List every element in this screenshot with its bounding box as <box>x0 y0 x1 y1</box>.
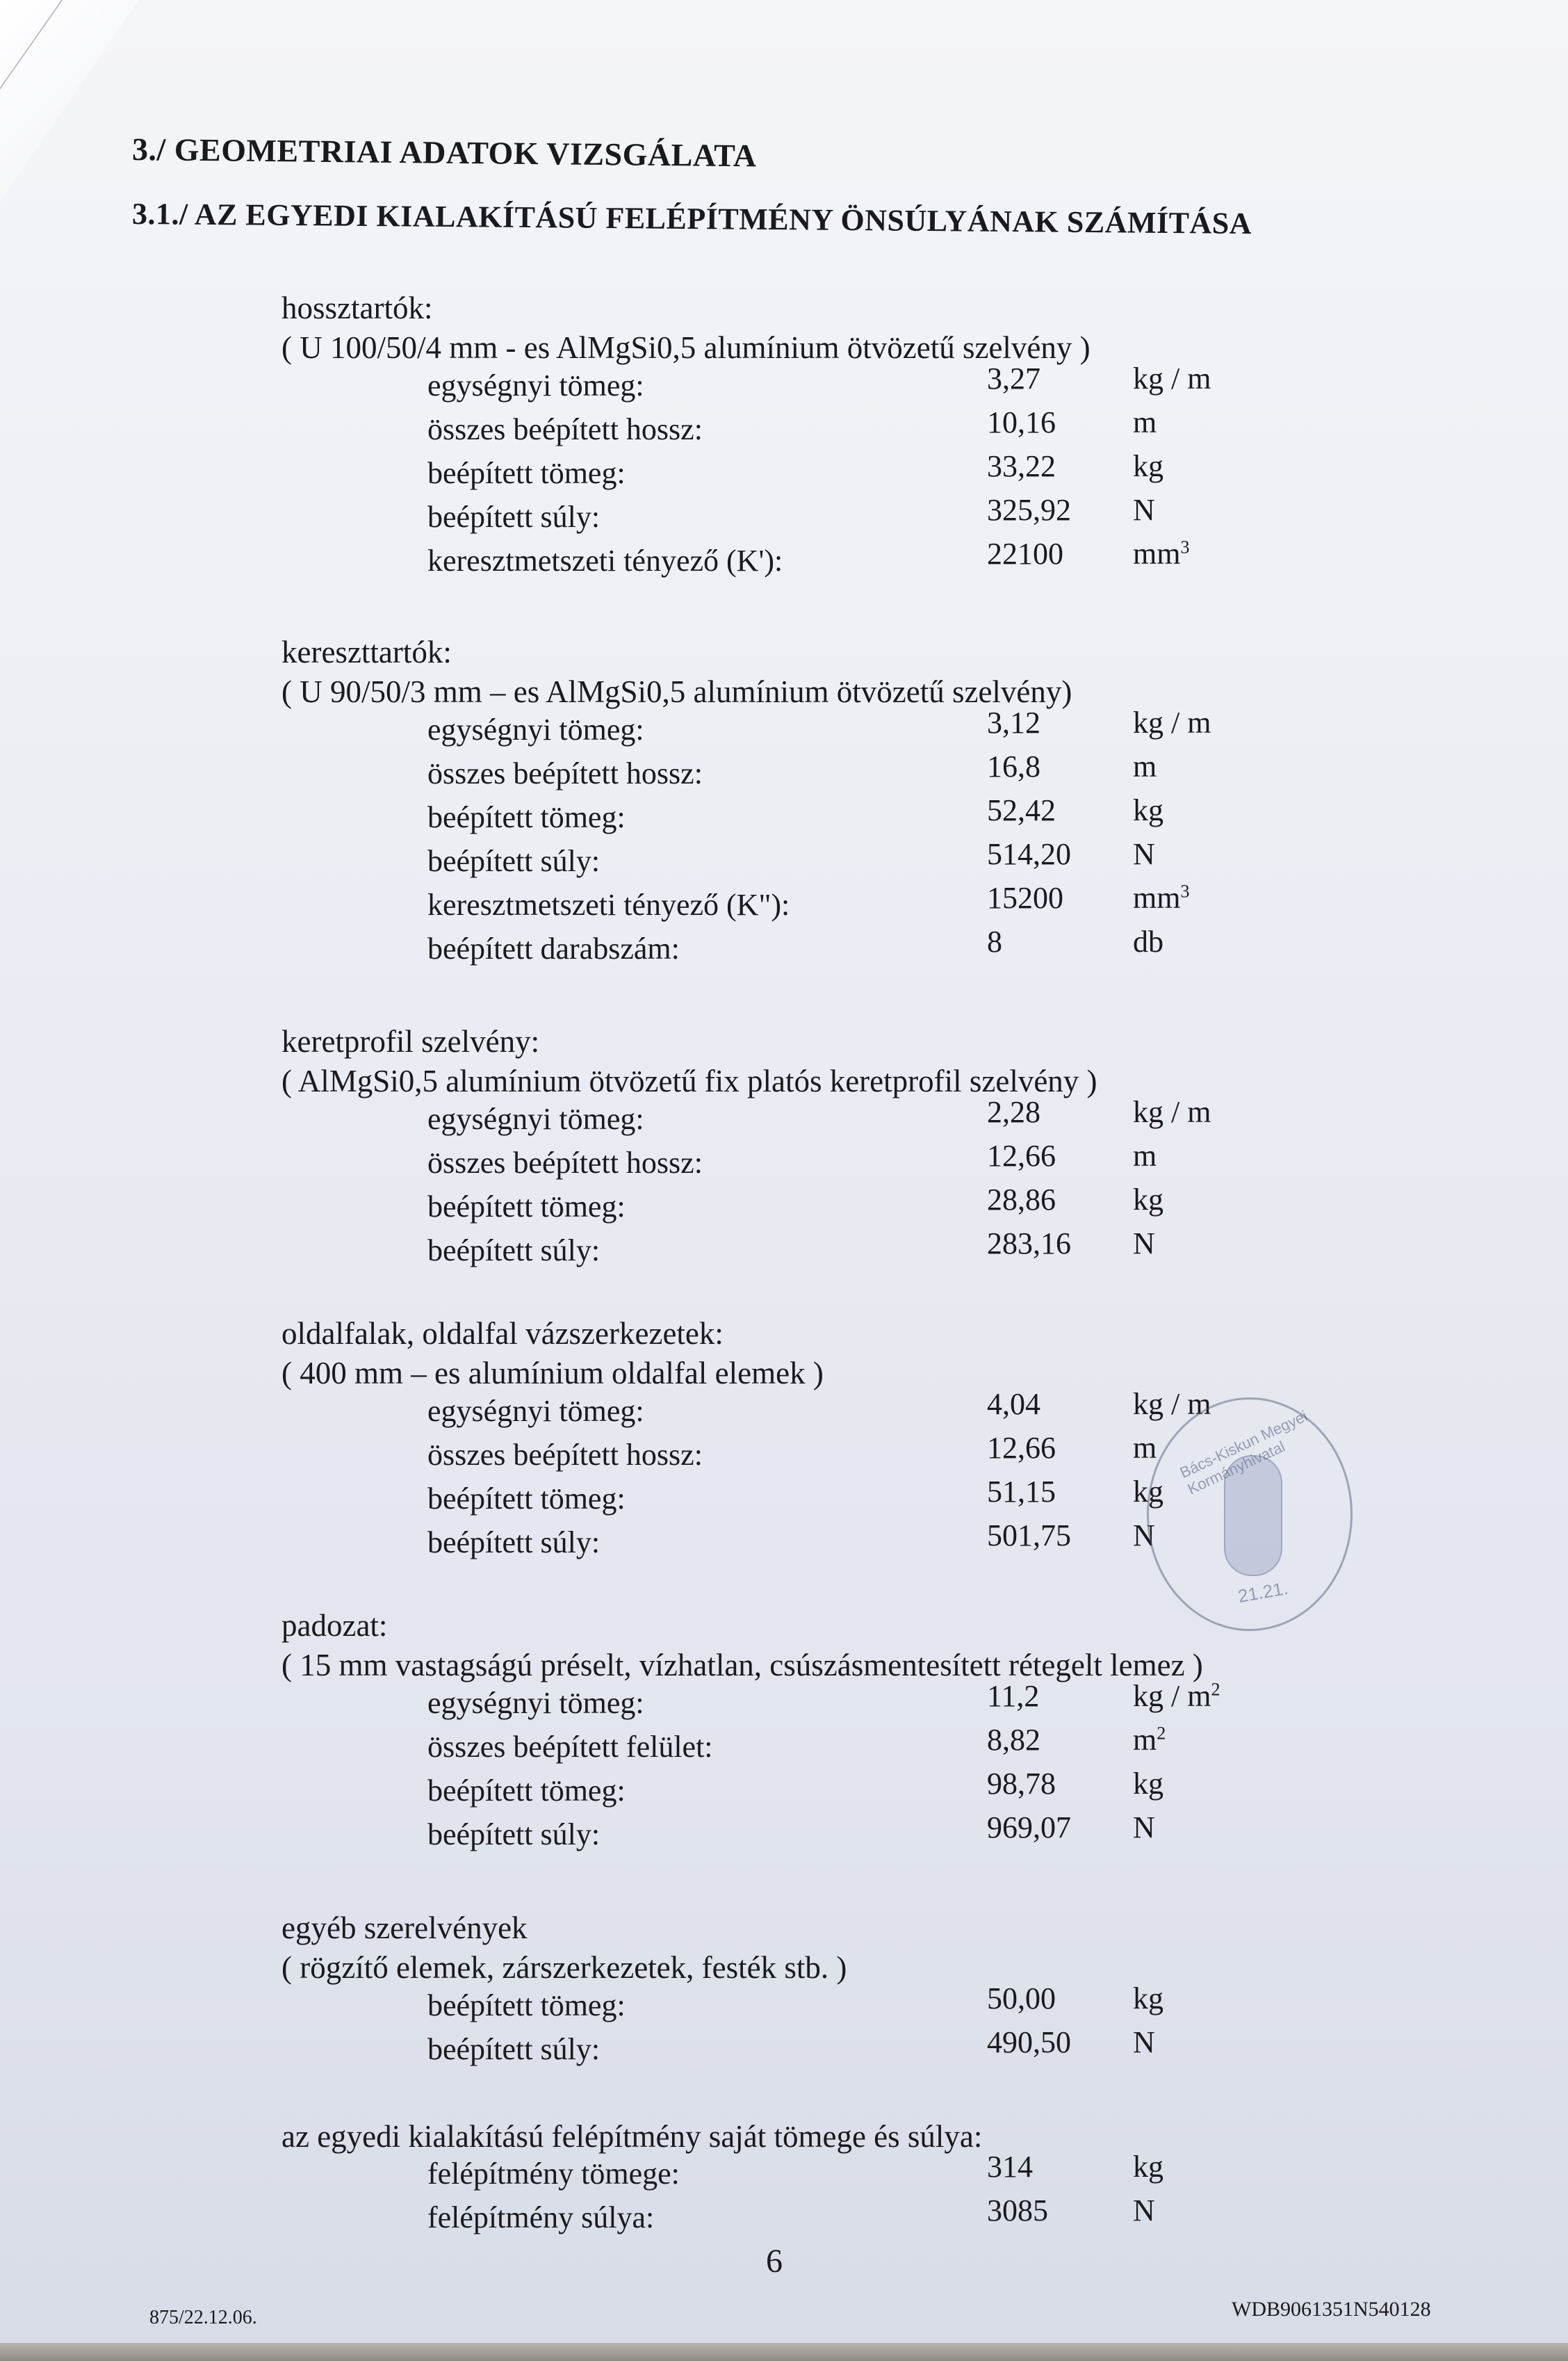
property-label: beépített tömeg: <box>427 1988 626 2023</box>
property-row: beépített súly: 283,16 N <box>281 1233 1324 1276</box>
property-unit: db <box>1133 924 1163 959</box>
property-label: beépített tömeg: <box>427 455 626 491</box>
property-value: 325,92 <box>987 492 1071 528</box>
property-label: felépítmény tömege: <box>427 2156 680 2191</box>
material-section: keretprofil szelvény:( AlMgSi0,5 alumíni… <box>281 1022 1324 1276</box>
property-label: összes beépített hossz: <box>427 1437 703 1472</box>
property-value: 8 <box>987 924 1002 959</box>
section-title: egyéb szerelvények <box>281 1908 1324 1947</box>
stamp-date: 21.21. <box>1236 1577 1290 1607</box>
property-label: beépített súly: <box>427 1817 600 1852</box>
property-value: 12,66 <box>987 1138 1056 1174</box>
unit-text: kg <box>1133 2150 1163 2184</box>
property-label: beépített tömeg: <box>427 1189 626 1224</box>
table-surface <box>0 2343 1568 2361</box>
footer-vin: WDB9061351N540128 <box>1232 2298 1431 2321</box>
section-description: ( rögzítő elemek, zárszerkezetek, festék… <box>281 1947 1324 1988</box>
property-row: beépített tömeg: 98,78 kg <box>281 1773 1324 1817</box>
property-label: összes beépített hossz: <box>427 756 703 791</box>
property-row: összes beépített hossz: 16,8 m <box>281 756 1324 800</box>
unit-text: N <box>1133 2193 1155 2228</box>
property-label: felépítmény súlya: <box>427 2200 654 2235</box>
section-title: kereszttartók: <box>281 633 1324 672</box>
property-row: beépített tömeg: 52,42 kg <box>281 800 1324 843</box>
property-value: 51,15 <box>987 1474 1056 1509</box>
section-title: oldalfalak, oldalfal vázszerkezetek: <box>281 1314 1324 1353</box>
property-value: 10,16 <box>987 405 1056 440</box>
property-unit: N <box>1133 2193 1155 2228</box>
property-row: felépítmény súlya: 3085 N <box>281 2200 1324 2244</box>
property-value: 28,86 <box>987 1182 1056 1217</box>
unit-text: kg <box>1133 1767 1163 1801</box>
property-label: egységnyi tömeg: <box>427 1685 644 1721</box>
unit-text: m <box>1133 1723 1157 1757</box>
chapter-heading: 3./ GEOMETRIAI ADATOK VIZSGÁLATA <box>132 131 757 174</box>
property-unit: m <box>1133 405 1157 440</box>
property-unit: N <box>1133 836 1155 872</box>
property-value: 4,04 <box>987 1386 1040 1422</box>
property-value: 22100 <box>987 536 1063 571</box>
unit-text: kg <box>1133 1981 1163 2015</box>
property-row: egységnyi tömeg: 2,28 kg / m <box>281 1101 1324 1145</box>
material-section: egyéb szerelvények( rögzítő elemek, zárs… <box>281 1908 1324 2075</box>
section-title: az egyedi kialakítású felépítmény saját … <box>281 2117 1324 2156</box>
material-section: az egyedi kialakítású felépítmény saját … <box>281 2117 1324 2244</box>
property-row: beépített tömeg: 33,22 kg <box>281 455 1324 499</box>
property-unit: kg <box>1133 1981 1163 2016</box>
unit-text: kg / m <box>1133 362 1211 396</box>
coat-of-arms-icon <box>1224 1455 1282 1576</box>
material-section: kereszttartók:( U 90/50/3 mm – es AlMgSi… <box>281 633 1324 975</box>
section-title: padozat: <box>281 1606 1324 1645</box>
unit-text: kg / m <box>1133 1679 1211 1713</box>
unit-text: mm <box>1133 881 1180 915</box>
property-unit: m <box>1133 1430 1157 1466</box>
property-value: 314 <box>987 2149 1033 2184</box>
property-label: összes beépített hossz: <box>427 412 703 447</box>
unit-text: kg <box>1133 449 1163 483</box>
property-value: 514,20 <box>987 836 1071 872</box>
property-unit: kg <box>1133 2149 1163 2184</box>
material-section: hossztartók:( U 100/50/4 mm - es AlMgSi0… <box>281 289 1324 587</box>
footer-reference: 875/22.12.06. <box>149 2307 257 2329</box>
property-row: összes beépített felület: 8,82 m2 <box>281 1729 1324 1773</box>
property-row: beépített súly: 490,50 N <box>281 2031 1324 2075</box>
property-label: beépített tömeg: <box>427 1481 626 1516</box>
property-label: beépített tömeg: <box>427 1773 626 1808</box>
property-row: keresztmetszeti tényező (K'): 22100 mm3 <box>281 543 1324 587</box>
property-value: 2,28 <box>987 1094 1040 1130</box>
property-row: összes beépített hossz: 12,66 m <box>281 1145 1324 1189</box>
property-label: összes beépített felület: <box>427 1729 713 1764</box>
property-unit: kg / m <box>1133 1094 1211 1130</box>
property-value: 50,00 <box>987 1981 1056 2016</box>
property-unit: N <box>1133 1810 1155 1845</box>
property-label: keresztmetszeti tényező (K'): <box>427 543 783 578</box>
unit-text: m <box>1133 405 1157 439</box>
property-row: beépített tömeg: 28,86 kg <box>281 1189 1324 1233</box>
property-label: egységnyi tömeg: <box>427 1393 644 1429</box>
property-unit: N <box>1133 2025 1155 2060</box>
property-unit: kg <box>1133 793 1163 828</box>
property-value: 3085 <box>987 2193 1048 2228</box>
property-unit: kg / m <box>1133 705 1211 740</box>
property-row: egységnyi tömeg: 11,2 kg / m2 <box>281 1685 1324 1729</box>
property-label: egységnyi tömeg: <box>427 712 644 747</box>
property-label: beépített súly: <box>427 1525 600 1560</box>
document-page: 3./ GEOMETRIAI ADATOK VIZSGÁLATA 3.1./ A… <box>0 0 1568 2343</box>
property-value: 12,66 <box>987 1430 1056 1466</box>
property-label: beépített súly: <box>427 1233 600 1268</box>
property-row: beépített tömeg: 50,00 kg <box>281 1988 1324 2031</box>
unit-text: db <box>1133 925 1163 959</box>
property-value: 52,42 <box>987 793 1056 828</box>
unit-text: kg / m <box>1133 706 1211 740</box>
property-unit: N <box>1133 1226 1155 1261</box>
unit-exponent: 3 <box>1180 537 1189 557</box>
property-row: egységnyi tömeg: 4,04 kg / m <box>281 1393 1324 1437</box>
property-value: 501,75 <box>987 1518 1071 1553</box>
unit-text: kg <box>1133 1183 1163 1217</box>
property-unit: mm3 <box>1133 536 1189 571</box>
property-row: egységnyi tömeg: 3,27 kg / m <box>281 368 1324 412</box>
property-value: 8,82 <box>987 1722 1040 1758</box>
property-unit: kg <box>1133 448 1163 484</box>
property-value: 16,8 <box>987 749 1040 784</box>
section-title: keretprofil szelvény: <box>281 1022 1324 1061</box>
property-unit: kg / m2 <box>1133 1678 1220 1714</box>
property-unit: m <box>1133 749 1157 784</box>
section-heading: 3.1./ AZ EGYEDI KIALAKÍTÁSÚ FELÉPÍTMÉNY … <box>132 196 1252 241</box>
folded-corner <box>0 0 139 202</box>
property-unit: m2 <box>1133 1722 1166 1758</box>
property-unit: kg / m <box>1133 361 1211 396</box>
property-label: beépített súly: <box>427 2031 600 2067</box>
property-value: 969,07 <box>987 1810 1071 1845</box>
unit-text: N <box>1133 2025 1155 2059</box>
property-row: keresztmetszeti tényező (K"): 15200 mm3 <box>281 887 1324 931</box>
property-value: 490,50 <box>987 2025 1071 2060</box>
section-title: hossztartók: <box>281 289 1324 327</box>
material-section: padozat:( 15 mm vastagságú préselt, vízh… <box>281 1606 1324 1860</box>
property-label: keresztmetszeti tényező (K"): <box>427 887 790 923</box>
property-value: 15200 <box>987 880 1063 916</box>
property-value: 283,16 <box>987 1226 1071 1261</box>
unit-text: N <box>1133 493 1155 527</box>
property-row: beépített darabszám: 8 db <box>281 931 1324 975</box>
unit-exponent: 2 <box>1211 1679 1220 1699</box>
property-value: 3,12 <box>987 705 1040 740</box>
unit-text: m <box>1133 749 1157 784</box>
property-unit: kg <box>1133 1182 1163 1217</box>
property-unit: m <box>1133 1138 1157 1174</box>
unit-text: m <box>1133 1139 1157 1173</box>
property-row: beépített súly: 969,07 N <box>281 1817 1324 1860</box>
property-row: felépítmény tömege: 314 kg <box>281 2156 1324 2200</box>
property-value: 98,78 <box>987 1766 1056 1801</box>
unit-exponent: 2 <box>1157 1723 1166 1743</box>
unit-text: kg <box>1133 793 1163 827</box>
property-label: egységnyi tömeg: <box>427 1101 644 1137</box>
unit-text: N <box>1133 837 1155 871</box>
property-label: egységnyi tömeg: <box>427 368 644 403</box>
unit-text: kg / m <box>1133 1095 1211 1129</box>
property-label: összes beépített hossz: <box>427 1145 703 1180</box>
page-number: 6 <box>766 2242 783 2280</box>
property-unit: mm3 <box>1133 880 1189 916</box>
property-label: beépített súly: <box>427 843 600 879</box>
unit-text: N <box>1133 1226 1155 1260</box>
unit-text: mm <box>1133 537 1180 571</box>
property-unit: kg <box>1133 1766 1163 1801</box>
property-value: 11,2 <box>987 1678 1039 1714</box>
property-label: beépített darabszám: <box>427 931 680 966</box>
property-unit: N <box>1133 492 1155 528</box>
official-stamp: Bács-Kiskun Megyei Kormányhivatal 21.21. <box>1147 1397 1353 1631</box>
unit-exponent: 3 <box>1180 881 1189 901</box>
property-label: beépített súly: <box>427 499 600 535</box>
property-value: 3,27 <box>987 361 1040 396</box>
property-row: összes beépített hossz: 10,16 m <box>281 412 1324 455</box>
unit-text: m <box>1133 1431 1157 1465</box>
unit-text: N <box>1133 1810 1155 1844</box>
property-label: beépített tömeg: <box>427 800 626 835</box>
property-row: egységnyi tömeg: 3,12 kg / m <box>281 712 1324 756</box>
property-value: 33,22 <box>987 448 1056 484</box>
